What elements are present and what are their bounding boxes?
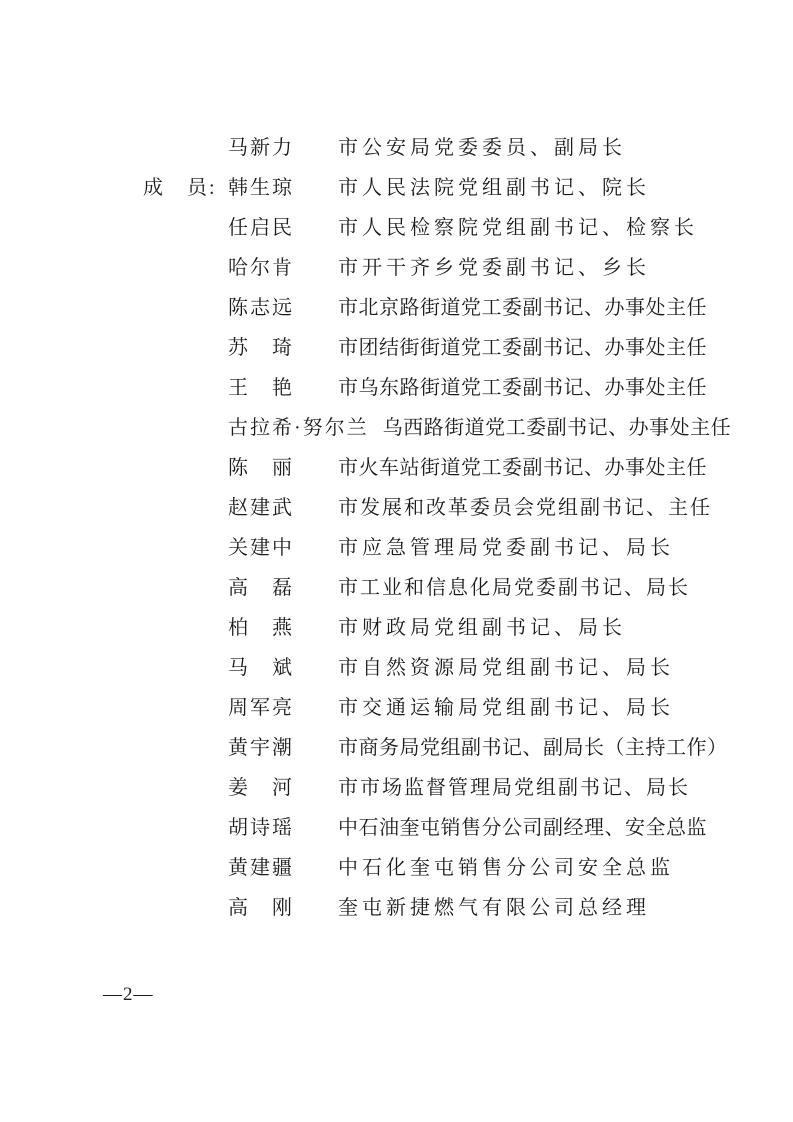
member-row: 古拉希·努尔兰乌西路街道党工委副书记、办事处主任 [228, 408, 793, 448]
member-name: 关建中 [228, 528, 338, 568]
document-page: 马新力市公安局党委委员、副局长 成 员: 韩生琼市人民法院党组副书记、院长 任启… [0, 0, 793, 1122]
member-position: 市交通运输局党组副书记、局长 [338, 697, 674, 719]
member-name: 周军亮 [228, 688, 338, 728]
role-label: 成 员: [143, 168, 217, 208]
member-row: 陈 丽市火车站街道党工委副书记、办事处主任 [228, 448, 718, 488]
member-name: 马 斌 [228, 648, 338, 688]
member-name: 马新力 [228, 128, 338, 168]
member-position: 市公安局党委委员、副局长 [338, 137, 626, 159]
member-position: 市开干齐乡党委副书记、乡长 [338, 257, 650, 279]
member-row: 任启民市人民检察院党组副书记、检察长 [228, 208, 718, 248]
member-row: 马 斌市自然资源局党组副书记、局长 [228, 648, 718, 688]
member-position: 市团结街街道党工委副书记、办事处主任 [338, 337, 707, 359]
member-position: 市自然资源局党组副书记、局长 [338, 657, 674, 679]
member-row: 苏 琦市团结街街道党工委副书记、办事处主任 [228, 328, 718, 368]
member-position: 市商务局党组副书记、副局长（主持工作） [338, 737, 728, 759]
member-row: 成 员: 韩生琼市人民法院党组副书记、院长 [228, 168, 718, 208]
member-position: 市北京路街道党工委副书记、办事处主任 [338, 297, 707, 319]
member-name: 陈志远 [228, 288, 338, 328]
member-row: 周军亮市交通运输局党组副书记、局长 [228, 688, 718, 728]
member-position: 乌西路街道党工委副书记、办事处主任 [383, 417, 732, 439]
member-row: 柏 燕市财政局党组副书记、局长 [228, 608, 718, 648]
member-position: 市乌东路街道党工委副书记、办事处主任 [338, 377, 707, 399]
member-row: 哈尔肯市开干齐乡党委副书记、乡长 [228, 248, 718, 288]
member-row: 高 磊市工业和信息化局党委副书记、局长 [228, 568, 718, 608]
member-position: 市发展和改革委员会党组副书记、主任 [338, 497, 712, 519]
member-name: 陈 丽 [228, 448, 338, 488]
member-position: 奎屯新捷燃气有限公司总经理 [338, 897, 650, 919]
member-position: 市人民检察院党组副书记、检察长 [338, 217, 698, 239]
member-row: 高 刚奎屯新捷燃气有限公司总经理 [228, 888, 718, 928]
member-position: 中石化奎屯销售分公司安全总监 [338, 857, 674, 879]
member-name: 赵建武 [228, 488, 338, 528]
member-row: 黄建疆中石化奎屯销售分公司安全总监 [228, 848, 718, 888]
member-name: 任启民 [228, 208, 338, 248]
member-name: 哈尔肯 [228, 248, 338, 288]
member-row: 王 艳市乌东路街道党工委副书记、办事处主任 [228, 368, 718, 408]
member-list: 马新力市公安局党委委员、副局长 成 员: 韩生琼市人民法院党组副书记、院长 任启… [228, 128, 718, 928]
member-row: 黄宇潮市商务局党组副书记、副局长（主持工作） [228, 728, 718, 768]
member-name: 黄宇潮 [228, 728, 338, 768]
member-name: 高 磊 [228, 568, 338, 608]
member-name: 胡诗瑶 [228, 808, 338, 848]
member-row: 胡诗瑶中石油奎屯销售分公司副经理、安全总监 [228, 808, 718, 848]
member-position: 市财政局党组副书记、局长 [338, 617, 626, 639]
member-row: 关建中市应急管理局党委副书记、局长 [228, 528, 718, 568]
member-name: 高 刚 [228, 888, 338, 928]
member-name: 黄建疆 [228, 848, 338, 888]
member-position: 市工业和信息化局党委副书记、局长 [338, 577, 690, 599]
member-row: 赵建武市发展和改革委员会党组副书记、主任 [228, 488, 718, 528]
member-name: 柏 燕 [228, 608, 338, 648]
member-row: 马新力市公安局党委委员、副局长 [228, 128, 718, 168]
member-row: 陈志远市北京路街道党工委副书记、办事处主任 [228, 288, 718, 328]
member-name: 韩生琼 [228, 168, 338, 208]
member-name: 王 艳 [228, 368, 338, 408]
member-position: 市市场监督管理局党组副书记、局长 [338, 777, 690, 799]
member-position: 市应急管理局党委副书记、局长 [338, 537, 674, 559]
member-position: 中石油奎屯销售分公司副经理、安全总监 [338, 817, 707, 839]
member-position: 市火车站街道党工委副书记、办事处主任 [338, 457, 707, 479]
member-position: 市人民法院党组副书记、院长 [338, 177, 650, 199]
page-number: —2— [103, 975, 154, 1015]
member-name: 古拉希·努尔兰 [228, 417, 383, 439]
member-name: 苏 琦 [228, 328, 338, 368]
member-name: 姜 河 [228, 768, 338, 808]
member-row: 姜 河市市场监督管理局党组副书记、局长 [228, 768, 718, 808]
